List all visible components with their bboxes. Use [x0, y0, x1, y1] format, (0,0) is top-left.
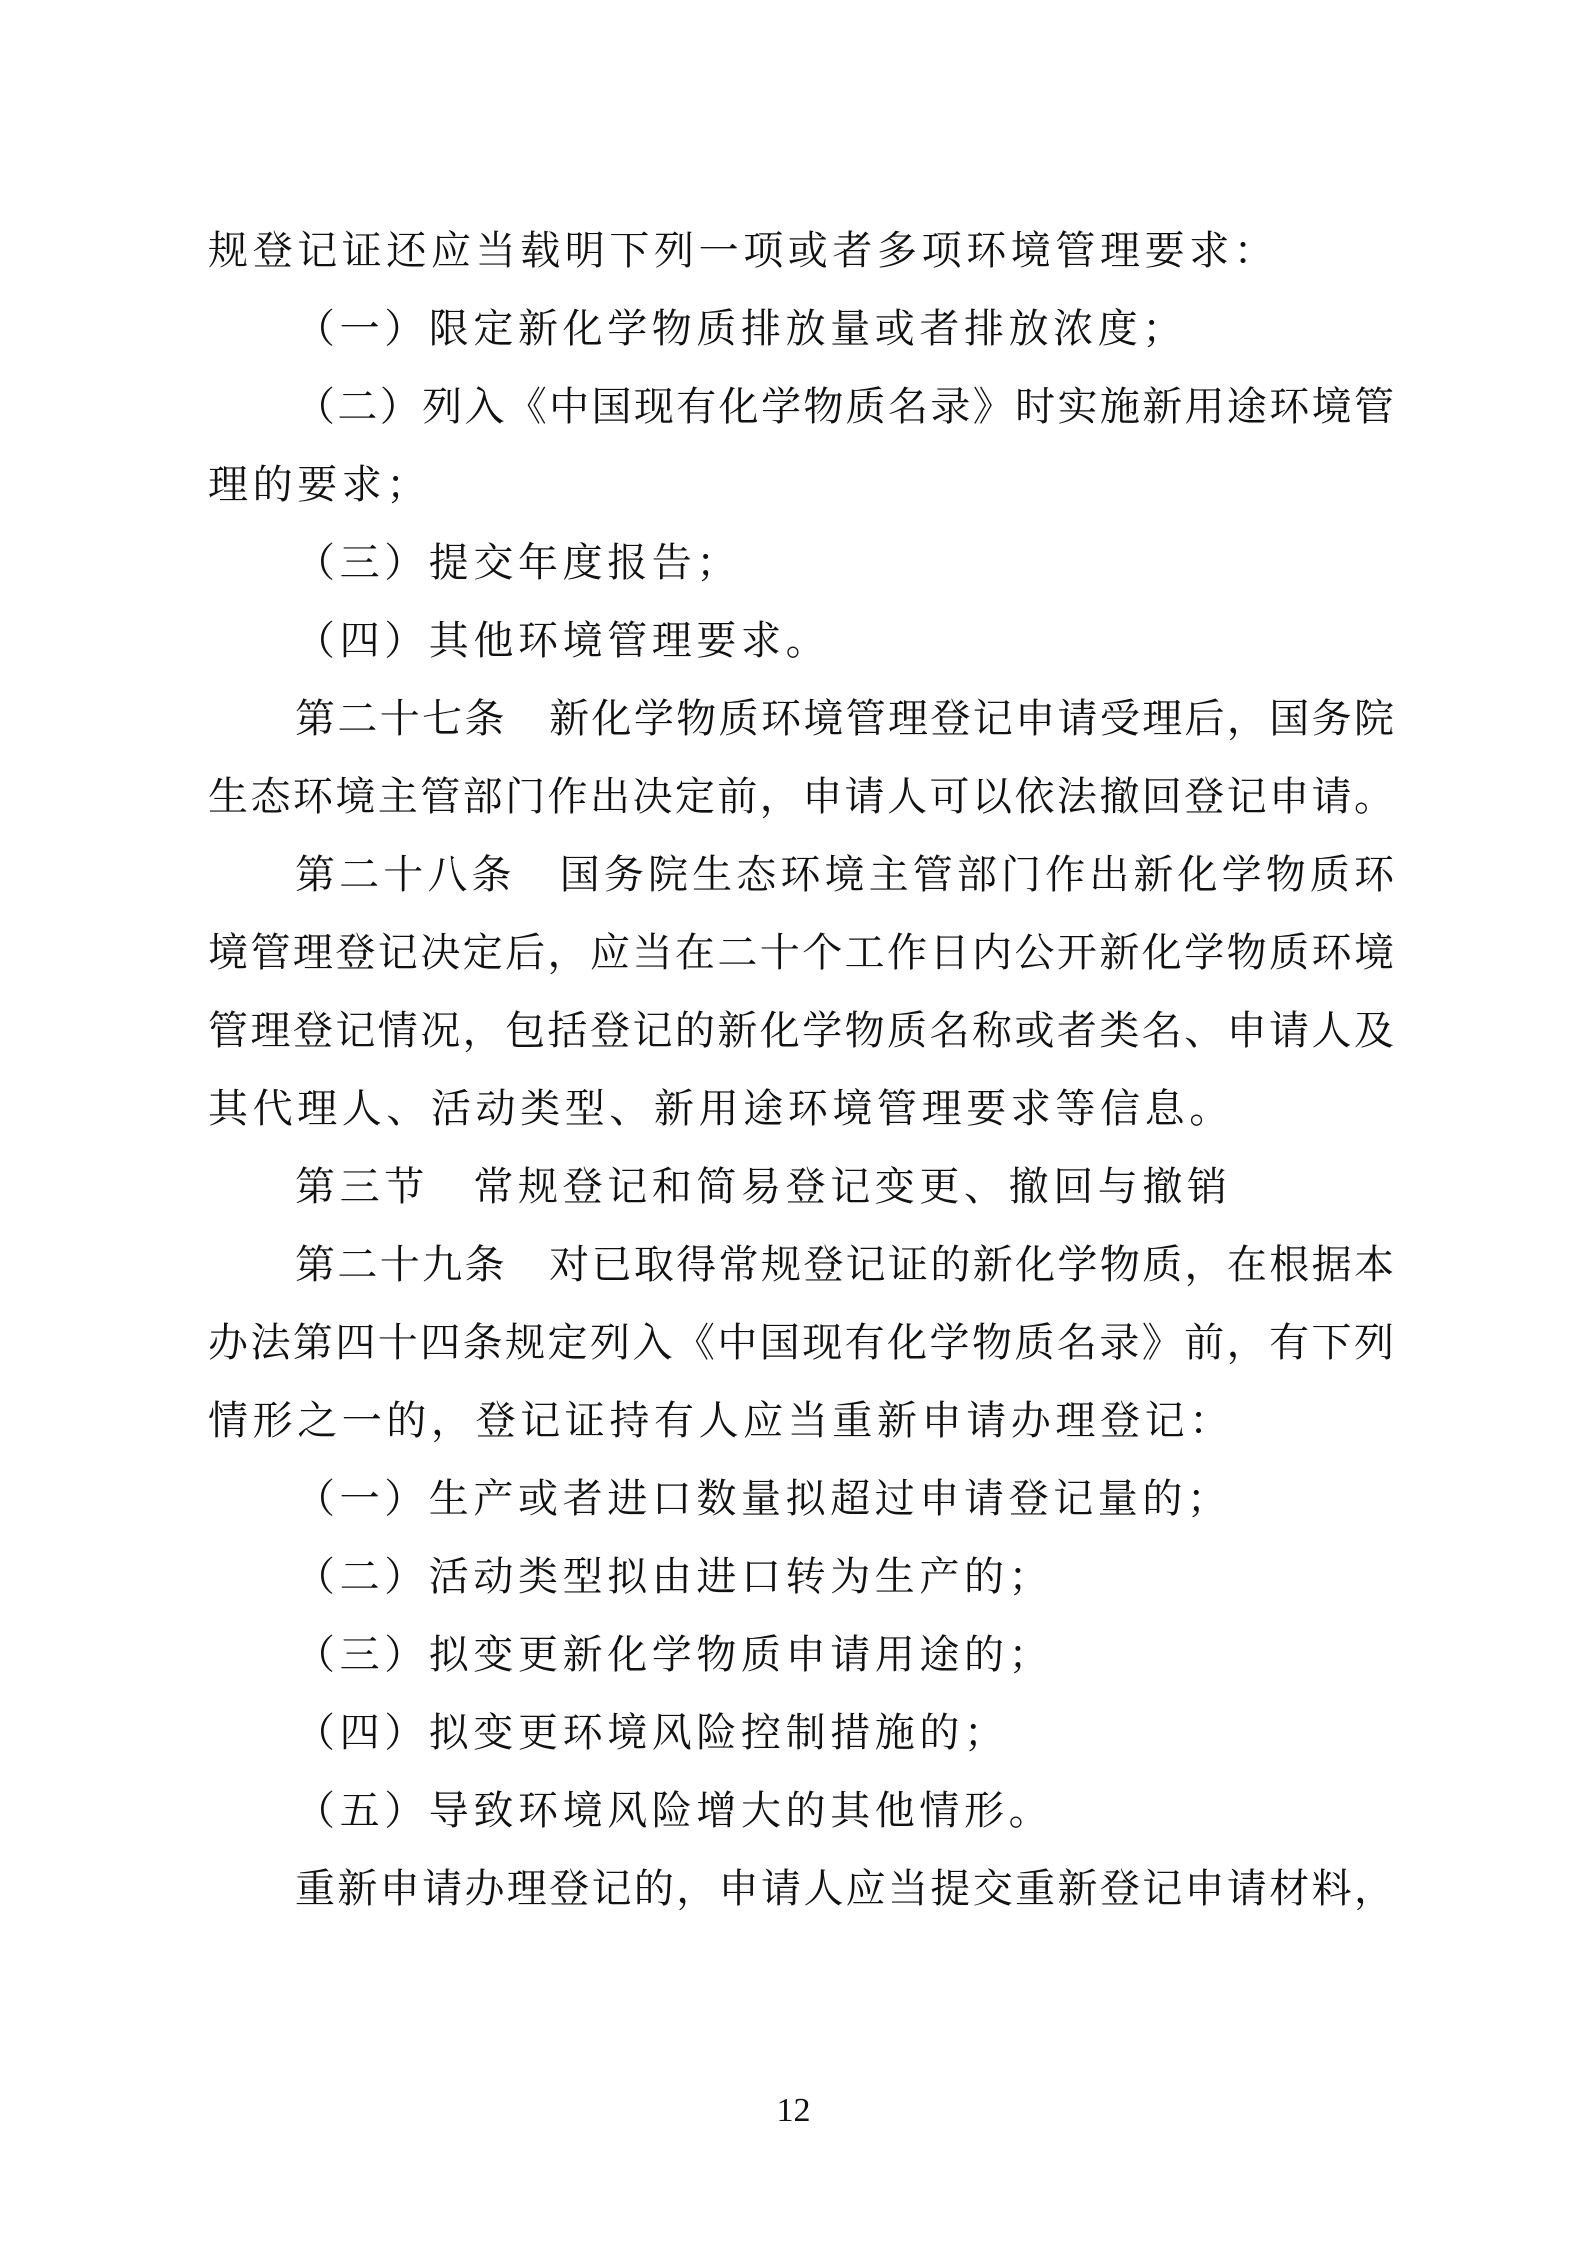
list-item: （一）生产或者进口数量拟超过申请登记量的； — [295, 1474, 1394, 1524]
list-item: （二）列入《中国现有化学物质名录》时实施新用途环境管 — [295, 382, 1394, 432]
list-item: （五）导致环境风险增大的其他情形。 — [295, 1786, 1394, 1836]
list-item: （四）拟变更环境风险控制措施的； — [295, 1708, 1394, 1758]
article-heading-28: 第二十八条 国务院生态环境主管部门作出新化学物质环 — [295, 850, 1394, 900]
page-number: 12 — [0, 2092, 1587, 2130]
list-item: （三）提交年度报告； — [295, 538, 1394, 588]
text-line: 情形之一的，登记证持有人应当重新申请办理登记： — [208, 1396, 1394, 1446]
article-heading-29: 第二十九条 对已取得常规登记证的新化学物质，在根据本 — [295, 1240, 1394, 1290]
text-line: 其代理人、活动类型、新用途环境管理要求等信息。 — [208, 1084, 1394, 1134]
text-line: 生态环境主管部门作出决定前，申请人可以依法撤回登记申请。 — [208, 772, 1394, 822]
section-heading: 第三节 常规登记和简易登记变更、撤回与撤销 — [295, 1162, 1394, 1212]
text-line: 理的要求； — [208, 460, 1394, 510]
document-page: 规登记证还应当载明下列一项或者多项环境管理要求： （一）限定新化学物质排放量或者… — [0, 0, 1587, 2245]
list-item: （四）其他环境管理要求。 — [295, 616, 1394, 666]
list-item: （二）活动类型拟由进口转为生产的； — [295, 1552, 1394, 1602]
list-item: （一）限定新化学物质排放量或者排放浓度； — [295, 304, 1394, 354]
text-line: 办法第四十四条规定列入《中国现有化学物质名录》前，有下列 — [208, 1318, 1394, 1368]
text-line: 管理登记情况，包括登记的新化学物质名称或者类名、申请人及 — [208, 1006, 1394, 1056]
list-item: （三）拟变更新化学物质申请用途的； — [295, 1630, 1394, 1680]
text-line: 规登记证还应当载明下列一项或者多项环境管理要求： — [208, 226, 1394, 276]
text-line: 重新申请办理登记的，申请人应当提交重新登记申请材料， — [295, 1864, 1394, 1914]
text-line: 境管理登记决定后，应当在二十个工作日内公开新化学物质环境 — [208, 928, 1394, 978]
article-heading-27: 第二十七条 新化学物质环境管理登记申请受理后，国务院 — [295, 694, 1394, 744]
